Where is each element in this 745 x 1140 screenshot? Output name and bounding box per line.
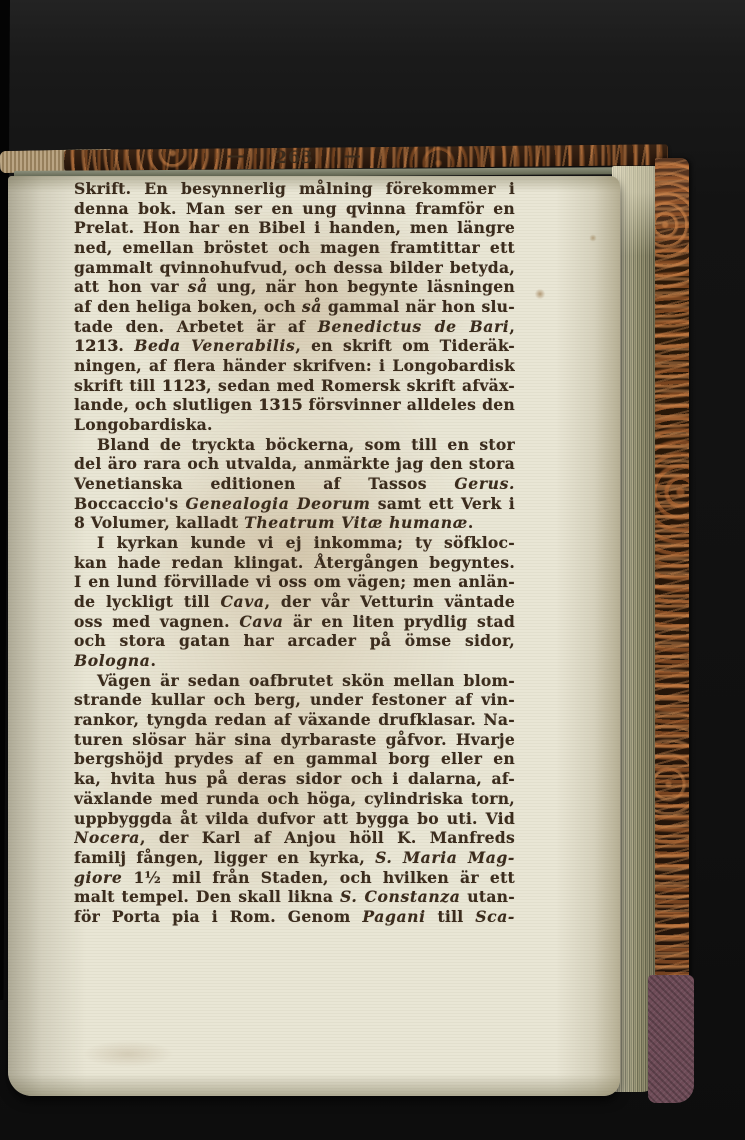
text-segment: ung, när hon begynte läsningen — [208, 277, 515, 296]
text-segment-italic: Genealogia Deorum — [186, 494, 371, 513]
text-segment: tade den. Arbetet är af — [74, 317, 318, 336]
text-segment: . — [150, 651, 156, 670]
text-segment-italic: Cava — [239, 612, 283, 631]
text-segment-italic: Theatrum Vitæ humanæ — [244, 513, 468, 532]
text-segment-italic: Bologna — [74, 651, 150, 670]
text-line: Vägen är sedan oafbrutet skön mellan blo… — [74, 671, 515, 691]
text-segment-bold: 1213 — [74, 336, 118, 355]
text-segment: utan- — [460, 887, 515, 906]
text-segment: och stora gatan har arcader på ömse sido… — [74, 631, 515, 651]
text-segment: för Porta pia i Rom. Genom — [74, 907, 362, 926]
text-line: Skrift. En besynnerlig målning förekomme… — [74, 179, 515, 199]
text-segment: skrift till — [74, 376, 162, 395]
text-segment-italic: S. Maria Mag- — [375, 848, 515, 867]
text-segment: gammalt qvinnohufvud, och dessa bilder b… — [74, 258, 515, 277]
text-line: denna bok. Man ser en ung qvinna framför… — [74, 199, 515, 219]
page-body-text: Skrift. En besynnerlig målning förekomme… — [74, 179, 515, 927]
text-segment: I kyrkan kunde vi ej inkomma; ty söfkloc… — [97, 533, 515, 552]
text-segment: ka, hvita hus på deras sidor och i dalar… — [74, 769, 515, 788]
text-segment: försvinner alldeles den — [303, 395, 515, 414]
text-segment-italic: S. Constanza — [340, 887, 460, 906]
text-segment: Venetianska editionen af Tassos — [74, 474, 454, 493]
text-line: malt tempel. Den skall likna S. Constanz… — [74, 887, 515, 907]
text-line: 1213. Beda Venerabilis, en skrift om Tid… — [74, 336, 515, 356]
text-line: tade den. Arbetet är af Benedictus de Ba… — [74, 317, 515, 337]
text-line: ka, hvita hus på deras sidor och i dalar… — [74, 769, 515, 789]
text-line: turen slösar här sina dyrbaraste gåfvor.… — [74, 730, 515, 750]
text-segment: , — [509, 317, 515, 336]
text-segment: , sedan med Romersk skrift afväx- — [206, 376, 515, 395]
text-line: Nocera, der Karl af Anjou höll K. Manfre… — [74, 828, 515, 848]
text-line: ningen, af flera händer skrifven: i Long… — [74, 356, 515, 376]
page-header: —263— — [74, 148, 515, 168]
book-photo-scene: —263— Skrift. En besynnerlig målning för… — [0, 0, 745, 1140]
text-segment: rankor, tyngda redan af växande drufklas… — [74, 710, 515, 729]
text-segment: Prelat. Hon har en Bibel i handen, men l… — [74, 218, 515, 237]
text-segment: malt tempel. Den skall likna — [74, 887, 340, 906]
text-line: lande, och slutligen 1315 försvinner all… — [74, 395, 515, 415]
text-line: växlande med runda och höga, cylindriska… — [74, 789, 515, 809]
text-segment: af den heliga boken, och — [74, 297, 302, 316]
text-segment-italic: Sca- — [475, 907, 515, 926]
text-segment: I en lund förvillade vi oss om vägen; me… — [74, 572, 515, 591]
text-segment: Longobardiska. — [74, 415, 213, 434]
text-segment-italic: Beda Venerabilis — [134, 336, 295, 355]
text-line: Bland de tryckta böckerna, som till en s… — [74, 435, 515, 455]
text-segment: . — [118, 336, 134, 355]
text-segment-bold: 1315 — [258, 395, 302, 414]
text-segment: ningen, af flera händer skrifven: i Long… — [74, 356, 515, 375]
text-line: Longobardiska. — [74, 415, 515, 435]
text-segment: . — [468, 513, 474, 532]
text-segment: växlande med runda och höga, cylindriska… — [74, 789, 515, 808]
book-cover-right-marbled-edge — [655, 158, 689, 993]
text-segment: är en liten prydlig stad — [283, 612, 515, 631]
text-segment: Boccaccio's — [74, 494, 186, 513]
text-line: familj fången, ligger en kyrka, S. Maria… — [74, 848, 515, 868]
text-line: för Porta pia i Rom. Genom Pagani till S… — [74, 907, 515, 927]
text-segment: , der Karl af Anjou höll K. Manfreds — [140, 828, 515, 847]
text-segment: familj fången, ligger en kyrka, — [74, 848, 375, 867]
text-segment: strande kullar och berg, under festoner … — [74, 690, 515, 709]
text-segment: bergshöjd prydes af en gammal borg eller… — [74, 749, 515, 769]
text-segment: oss med vagnen. — [74, 612, 239, 631]
text-segment: , en skrift om Tideräk- — [295, 336, 515, 355]
text-segment: 1½ mil från Staden, och hvilken är ett g… — [74, 868, 515, 888]
text-segment: kan hade redan klingat. Återgången begyn… — [74, 553, 515, 572]
text-segment: Skrift. En besynnerlig målning förekomme… — [74, 179, 515, 198]
text-line: 8 Volumer, kalladt Theatrum Vitæ humanæ. — [74, 513, 515, 533]
book-page: —263— Skrift. En besynnerlig målning för… — [8, 176, 620, 1096]
page-number: 263 — [275, 148, 314, 168]
text-segment: , der vår Vetturin väntade — [265, 592, 515, 611]
text-line: oss med vagnen. Cava är en liten prydlig… — [74, 612, 515, 632]
text-line: gammalt qvinnohufvud, och dessa bilder b… — [74, 258, 515, 278]
text-line: skrift till 1123, sedan med Romersk skri… — [74, 376, 515, 396]
text-segment-italic: giore — [74, 868, 122, 887]
text-segment-italic: så — [188, 277, 208, 296]
text-segment: Bland de tryckta böckerna, som till en s… — [97, 435, 515, 454]
header-left-dash: — — [227, 146, 245, 166]
text-segment: del äro rara och utvalda, anmärkte jag d… — [74, 454, 515, 473]
text-line: I kyrkan kunde vi ej inkomma; ty söfkloc… — [74, 533, 515, 553]
text-line: och stora gatan har arcader på ömse sido… — [74, 631, 515, 651]
text-segment-italic: Benedictus de Bari — [318, 317, 510, 336]
text-line: Boccaccio's Genealogia Deorum samt ett V… — [74, 494, 515, 514]
text-segment: turen slösar här sina dyrbaraste gåfvor.… — [74, 730, 515, 749]
text-segment: de lyckligt till — [74, 592, 221, 611]
text-line: kan hade redan klingat. Återgången begyn… — [74, 553, 515, 573]
text-line: af den heliga boken, och så gammal när h… — [74, 297, 515, 317]
text-line: de lyckligt till Cava, der vår Vetturin … — [74, 592, 515, 612]
text-segment: uppbyggda åt vilda dufvor att bygga bo u… — [74, 809, 515, 828]
text-line: Prelat. Hon har en Bibel i handen, men l… — [74, 218, 515, 238]
text-line: strande kullar och berg, under festoner … — [74, 690, 515, 710]
text-segment: 8 Volumer, kalladt — [74, 513, 244, 532]
text-line: giore 1½ mil från Staden, och hvilken är… — [74, 868, 515, 888]
text-segment-italic: Cava — [221, 592, 265, 611]
text-segment: lande, och slutligen — [74, 395, 258, 414]
text-segment: att hon var — [74, 277, 188, 296]
book-spine-cloth — [648, 975, 694, 1103]
text-segment: Vägen är sedan oafbrutet skön mellan blo… — [97, 671, 515, 690]
text-line: del äro rara och utvalda, anmärkte jag d… — [74, 454, 515, 474]
text-segment: gammal när hon slu- — [322, 297, 515, 316]
printed-content: —263— Skrift. En besynnerlig målning för… — [74, 148, 515, 927]
text-line: att hon var så ung, när hon begynte läsn… — [74, 277, 515, 297]
text-segment-italic: så — [302, 297, 322, 316]
text-segment: ned, emellan bröstet och magen framtitta… — [74, 238, 515, 257]
text-segment: till — [426, 907, 476, 926]
text-segment-italic: Pagani — [362, 907, 425, 926]
text-line: uppbyggda åt vilda dufvor att bygga bo u… — [74, 809, 515, 829]
text-segment: denna bok. Man ser en ung qvinna framför… — [74, 199, 515, 218]
header-right-dash: — — [344, 146, 362, 166]
text-line: Venetianska editionen af Tassos Gerus. L… — [74, 474, 515, 494]
text-line: Bologna. — [74, 651, 515, 671]
text-line: ned, emellan bröstet och magen framtitta… — [74, 238, 515, 258]
text-segment: samt ett Verk i — [371, 494, 515, 513]
text-line: rankor, tyngda redan af växande drufklas… — [74, 710, 515, 730]
text-line: I en lund förvillade vi oss om vägen; me… — [74, 572, 515, 592]
text-line: bergshöjd prydes af en gammal borg eller… — [74, 749, 515, 769]
text-segment-bold: 1123 — [162, 376, 206, 395]
text-segment-italic: Nocera — [74, 828, 140, 847]
